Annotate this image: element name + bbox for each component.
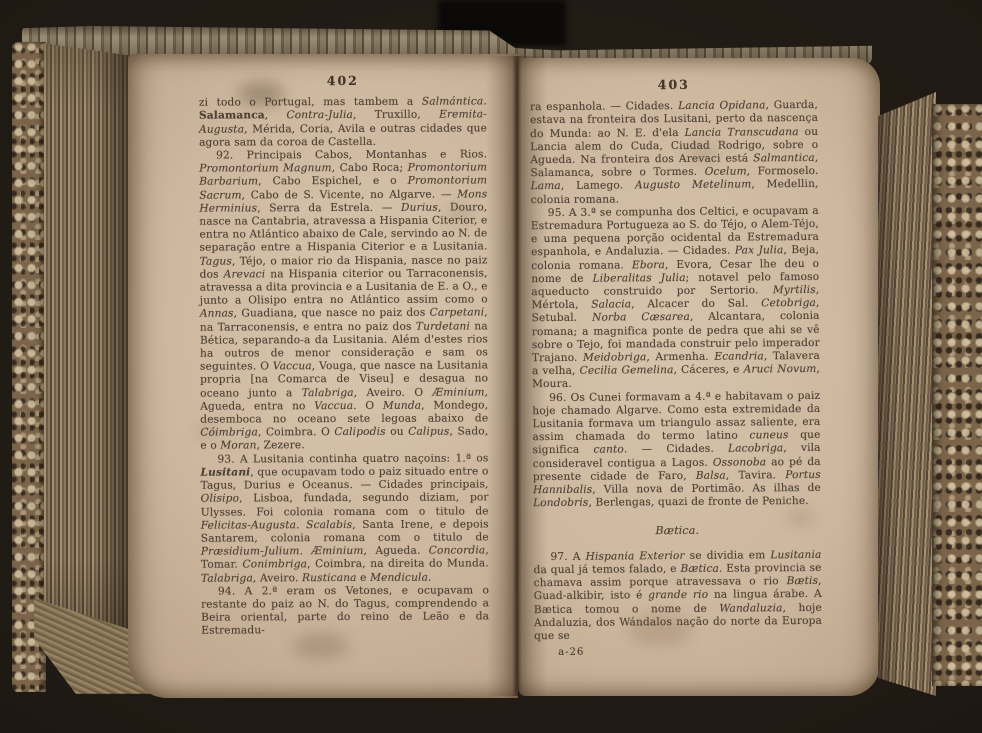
paragraph: 92. Principais Cabos, Montanhas e Rios. … (199, 148, 488, 453)
paragraph: zi todo o Portugal, mas tambem a Salmánt… (199, 96, 487, 150)
fore-edge-page-stack-left (44, 30, 136, 692)
fore-edge-page-stack-right (878, 92, 936, 696)
gutter-crease (516, 60, 518, 692)
paragraph: 94. A 2.ª eram os Vetones, e ocupavam o … (201, 584, 489, 638)
paragraph: 93. A Lusitania continha quatro naçoins:… (200, 452, 489, 585)
marbled-cover-left-edge (12, 42, 46, 692)
page-number-right: 403 (530, 77, 818, 92)
paragraph: 96. Os Cunei formavam a 4.ª e habitavam … (532, 390, 821, 511)
right-page-paragraphs: ra espanhola. — Cidades. Lancia Opidana,… (530, 99, 822, 659)
paragraph: ra espanhola. — Cidades. Lancia Opidana,… (530, 99, 819, 207)
photo-of-open-book: 402 zi todo o Portugal, mas tambem a Sal… (0, 0, 982, 733)
paragraph: a-26 (558, 644, 822, 659)
right-page-text: 403 ra espanhola. — Cidades. Lancia Opid… (530, 77, 823, 660)
marbled-cover-right-edge (932, 104, 982, 686)
paragraph: Bætica. (533, 522, 821, 537)
left-page-paragraphs: zi todo o Portugal, mas tambem a Salmánt… (199, 96, 489, 639)
paragraph: 95. A 3.ª se compunha dos Celtici, e ocu… (531, 205, 820, 392)
paragraph: 97. A Hispania Exterior se dividia em Lu… (533, 549, 822, 644)
left-page-text: 402 zi todo o Portugal, mas tambem a Sal… (199, 73, 489, 638)
page-number-left: 402 (199, 73, 487, 87)
